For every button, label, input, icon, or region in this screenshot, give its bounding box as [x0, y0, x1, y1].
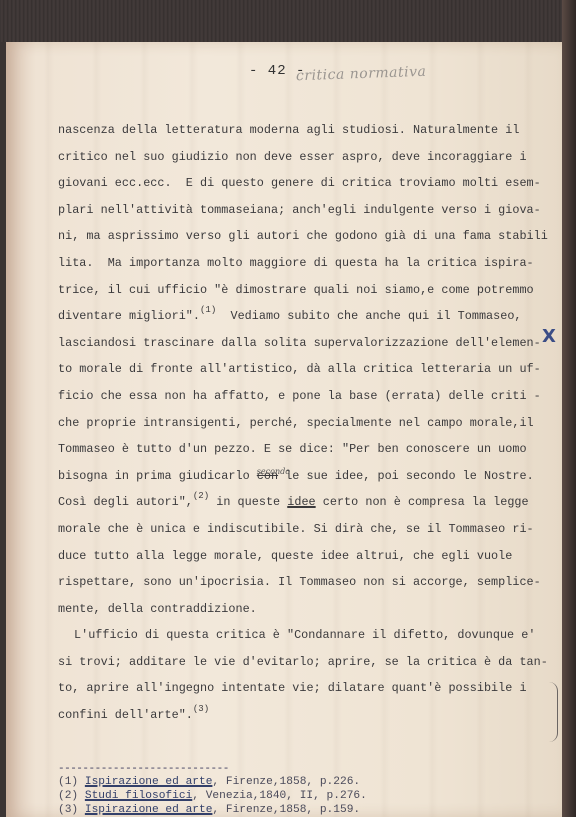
text-fragment: le sue idee, poi secondo le Nostre.: [278, 469, 534, 483]
text-line: Tommaseo è tutto d'un pezzo. E se dice: …: [58, 436, 528, 463]
footnote-citation: , Firenze,1858, p.159.: [212, 804, 360, 816]
footnote-separator: ----------------------------: [58, 763, 229, 775]
text-fragment: bisogna in prima giudicarlo: [58, 469, 257, 483]
text-fragment: Vediamo subito che anche qui il Tommaseo…: [216, 309, 521, 323]
text-line: duce tutto alla legge morale, queste ide…: [58, 543, 528, 570]
text-line: lasciandosi trascinare dalla solita supe…: [58, 330, 528, 357]
text-line: bisogna in prima giudicarlo consecondo l…: [58, 463, 528, 490]
footnote: (1) Ispirazione ed arte, Firenze,1858, p…: [58, 775, 367, 789]
footnote-ref: (2): [193, 491, 209, 501]
text-fragment: confini dell'arte".: [58, 708, 193, 722]
text-fragment: Così degli autori",: [58, 495, 193, 509]
handwritten-insertion: secondo: [257, 459, 290, 486]
margin-bracket-mark: [549, 682, 558, 742]
text-line: ficio che essa non ha affatto, e pone la…: [58, 383, 528, 410]
text-line: si trovi; additare le vie d'evitarlo; ap…: [58, 649, 528, 676]
body-text: nascenza della letteratura moderna agli …: [58, 117, 528, 729]
text-line: trice, il cui ufficio "è dimostrare qual…: [58, 277, 528, 304]
typewritten-page: - 42 - critica normativa nascenza della …: [6, 42, 562, 817]
footnote: (2) Studi filosofici, Venezia,1840, II, …: [58, 789, 367, 803]
text-fragment: in queste: [209, 495, 287, 509]
text-line: diventare migliori".(1) Vediamo subito c…: [58, 303, 528, 330]
underlined-word: idee: [287, 495, 315, 509]
margin-x-mark-icon: X: [542, 326, 556, 347]
footnote-ref: (3): [193, 704, 209, 714]
footnote-citation: , Venezia,1840, II, p.276.: [192, 790, 367, 802]
text-line: giovani ecc.ecc. E di questo genere di c…: [58, 170, 528, 197]
text-fragment: diventare migliori".: [58, 309, 200, 323]
footnote: (3) Ispirazione ed arte, Firenze,1858, p…: [58, 803, 367, 817]
text-line: critico nel suo giudizio non deve esser …: [58, 144, 528, 171]
footnote-title: Ispirazione ed arte: [85, 776, 213, 788]
text-line: to morale di fronte all'artistico, dà al…: [58, 356, 528, 383]
text-line: nascenza della letteratura moderna agli …: [58, 117, 528, 144]
footnote-title: Studi filosofici: [85, 790, 192, 802]
text-line: che proprie intransigenti, perché, speci…: [58, 410, 528, 437]
text-line: lita. Ma importanza molto maggiore di qu…: [58, 250, 528, 277]
footnote-title: Ispirazione ed arte: [85, 804, 213, 816]
footnotes: (1) Ispirazione ed arte, Firenze,1858, p…: [58, 775, 367, 817]
text-line: confini dell'arte".(3): [58, 702, 528, 729]
text-line: rispettare, sono un'ipocrisia. Il Tommas…: [58, 569, 528, 596]
scan-backdrop-edge: [562, 0, 576, 817]
text-line: plari nell'attività tommaseiana; anch'eg…: [58, 197, 528, 224]
text-line: to, aprire all'ingegno intentate vie; di…: [58, 675, 528, 702]
scan-backdrop: [0, 0, 576, 42]
text-line: mente, della contraddizione.: [58, 596, 528, 623]
footnote-ref: (1): [200, 305, 216, 315]
footnote-number: (1): [58, 776, 85, 788]
text-line: L'ufficio di questa critica è "Condannar…: [58, 622, 528, 649]
footnote-citation: , Firenze,1858, p.226.: [212, 776, 360, 788]
text-fragment: certo non è compresa la legge: [316, 495, 529, 509]
text-line: morale che è unica e indiscutibile. Si d…: [58, 516, 528, 543]
text-line: Così degli autori",(2) in queste idee ce…: [58, 489, 528, 516]
footnote-number: (2): [58, 790, 85, 802]
footnote-number: (3): [58, 804, 85, 816]
text-line: ni, ma asprissimo verso gli autori che g…: [58, 223, 528, 250]
handwritten-annotation: critica normativa: [296, 64, 427, 85]
